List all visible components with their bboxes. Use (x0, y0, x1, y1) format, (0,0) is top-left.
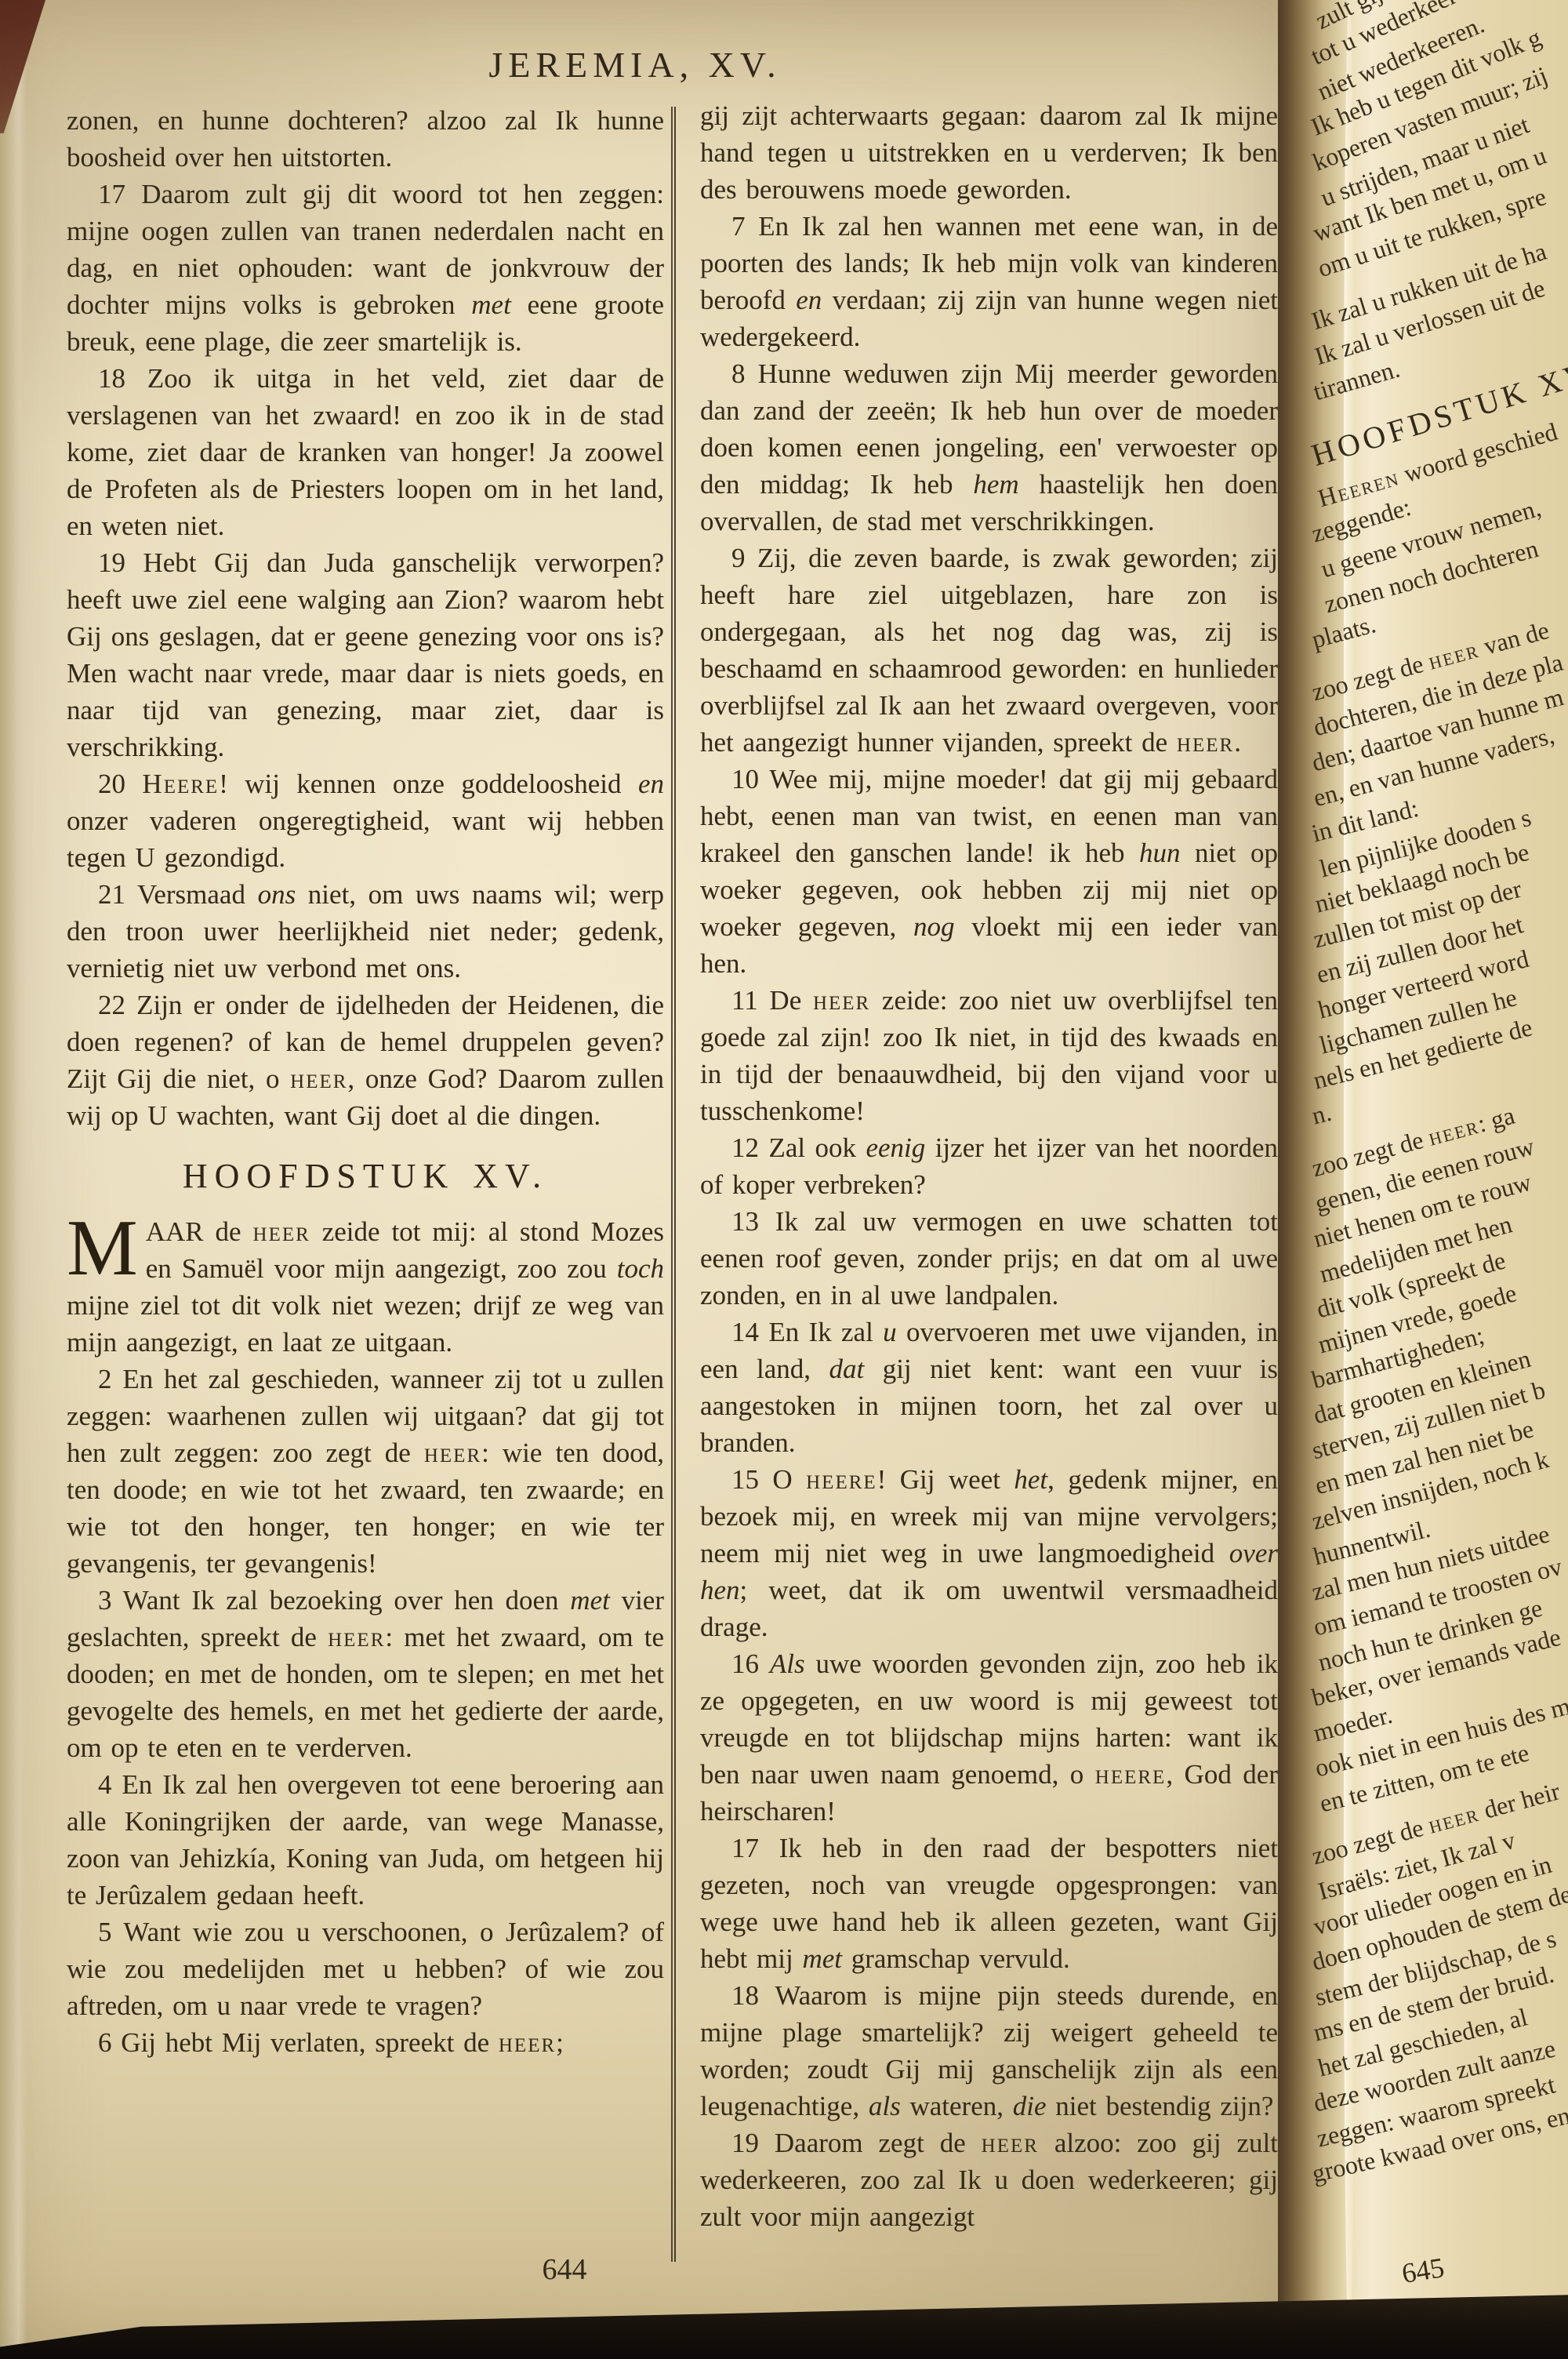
verse-paragraph: 19 Daarom zegt de heer alzoo: zoo gij zu… (700, 2125, 1278, 2235)
right-column: gij zijt achterwaarts gegaan: daarom zal… (700, 97, 1278, 2303)
verse-paragraph: 12 Zal ook eenig ijzer het ijzer van het… (700, 1129, 1278, 1203)
verse-paragraph: 18 Waarom is mijne pijn steeds durende, … (700, 1977, 1278, 2125)
verse-paragraph: 17 Ik heb in den raad der bespotters nie… (700, 1830, 1278, 1977)
curled-next-page: zult gij als mijtot u wederkeeren, manie… (1278, 0, 1568, 2345)
page-number-right: 645 (1399, 2251, 1446, 2290)
verse-paragraph: gij zijt achterwaarts gegaan: daarom zal… (700, 97, 1278, 208)
page-left-edge (0, 0, 27, 2359)
verse-paragraph: 16 Als uwe woorden gevonden zijn, zoo he… (700, 1645, 1278, 1830)
page-number-left: 644 (486, 2252, 643, 2287)
chapter-heading: HOOFDSTUK XV. (67, 1158, 664, 1194)
verse-paragraph: 21 Versmaad ons niet, om uws naams wil; … (67, 876, 664, 987)
verse-paragraph: 8 Hunne weduwen zijn Mij meerder geworde… (700, 355, 1278, 540)
verse-paragraph: 11 De heer zeide: zoo niet uw overblijfs… (700, 982, 1278, 1129)
verse-paragraph: 17 Daarom zult gij dit woord tot hen zeg… (67, 176, 664, 360)
verse-paragraph: 7 En Ik zal hen wannen met eene wan, in … (700, 208, 1278, 355)
verse-paragraph: 22 Zijn er onder de ijdelheden der Heide… (67, 987, 664, 1134)
left-column: zonen, en hunne dochteren? alzoo zal Ik … (67, 102, 664, 2274)
verse-paragraph: 20 Heere! wij kennen onze goddeloosheid … (67, 765, 664, 876)
verse-paragraph: 15 O heere! Gij weet het, gedenk mijner,… (700, 1461, 1278, 1645)
verse-paragraph: MAAR de heer zeide tot mij: al stond Moz… (67, 1213, 664, 1361)
drop-cap: M (67, 1213, 146, 1281)
verse-paragraph: 10 Wee mij, mijne moeder! dat gij mij ge… (700, 761, 1278, 982)
verse-paragraph: 6 Gij hebt Mij verlaten, spreekt de heer… (67, 2024, 664, 2061)
verse-paragraph: 18 Zoo ik uitga in het veld, ziet daar d… (67, 360, 664, 544)
verse-paragraph: 9 Zij, die zeven baarde, is zwak geworde… (700, 540, 1278, 761)
verse-paragraph: 14 En Ik zal u overvoeren met uwe vijand… (700, 1314, 1278, 1461)
left-page: JEREMIA, XV. zonen, en hunne dochteren? … (0, 0, 1279, 2359)
verse-paragraph: 19 Hebt Gij dan Juda ganschelijk verworp… (67, 544, 664, 765)
verse-paragraph: 13 Ik zal uw vermogen en uwe schatten to… (700, 1203, 1278, 1314)
edge-page-text: zult gij als mijtot u wederkeeren, manie… (1312, 5, 1568, 2192)
column-divider-rule (671, 107, 676, 2262)
verse-paragraph: 5 Want wie zou u verschoonen, o Jerûzale… (67, 1914, 664, 2024)
book-photo: JEREMIA, XV. zonen, en hunne dochteren? … (0, 0, 1568, 2359)
verse-paragraph: 4 En Ik zal hen overgeven tot eene beroe… (67, 1766, 664, 1914)
verse-paragraph: zonen, en hunne dochteren? alzoo zal Ik … (67, 102, 664, 176)
running-head: JEREMIA, XV. (24, 44, 1247, 85)
verse-paragraph: 2 En het zal geschieden, wanneer zij tot… (67, 1361, 664, 1582)
verse-paragraph: 3 Want Ik zal bezoeking over hen doen me… (67, 1582, 664, 1766)
